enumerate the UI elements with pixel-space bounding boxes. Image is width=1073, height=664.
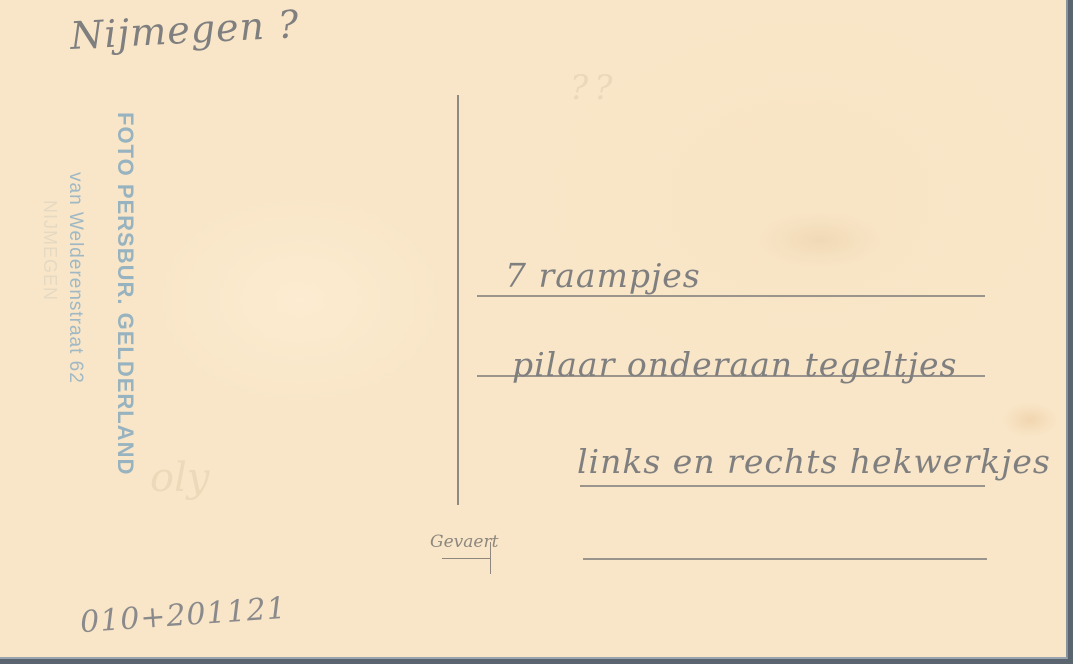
publisher-logo-underline	[442, 558, 490, 559]
publisher-logo: Gevaert	[428, 528, 498, 578]
note-line-1: 7 raampjes	[505, 256, 701, 295]
photographer-stamp-city: NIJMEGEN	[39, 200, 60, 301]
note-line-2: pilaar onderaan tegeltjes	[512, 345, 957, 384]
address-line-3	[580, 485, 985, 487]
photographer-stamp-address: van Welderenstraat 62	[64, 172, 86, 384]
show-through-impression: oly	[150, 455, 209, 501]
postcard-back: Nijmegen ? FOTO PERSBUR. GELDERLAND van …	[0, 0, 1068, 659]
address-line-1	[477, 295, 985, 297]
photographer-stamp-name: FOTO PERSBUR. GELDERLAND	[112, 112, 138, 475]
note-line-3: links en rechts hekwerkjes	[577, 442, 1051, 481]
location-note: Nijmegen ?	[69, 2, 300, 58]
address-line-4	[583, 558, 987, 560]
publisher-logo-stem	[490, 542, 491, 574]
center-divider	[457, 95, 459, 505]
archive-number: 010+201121	[79, 591, 288, 640]
show-through-marks: ??	[570, 68, 618, 108]
publisher-logo-text: Gevaert	[430, 532, 498, 552]
